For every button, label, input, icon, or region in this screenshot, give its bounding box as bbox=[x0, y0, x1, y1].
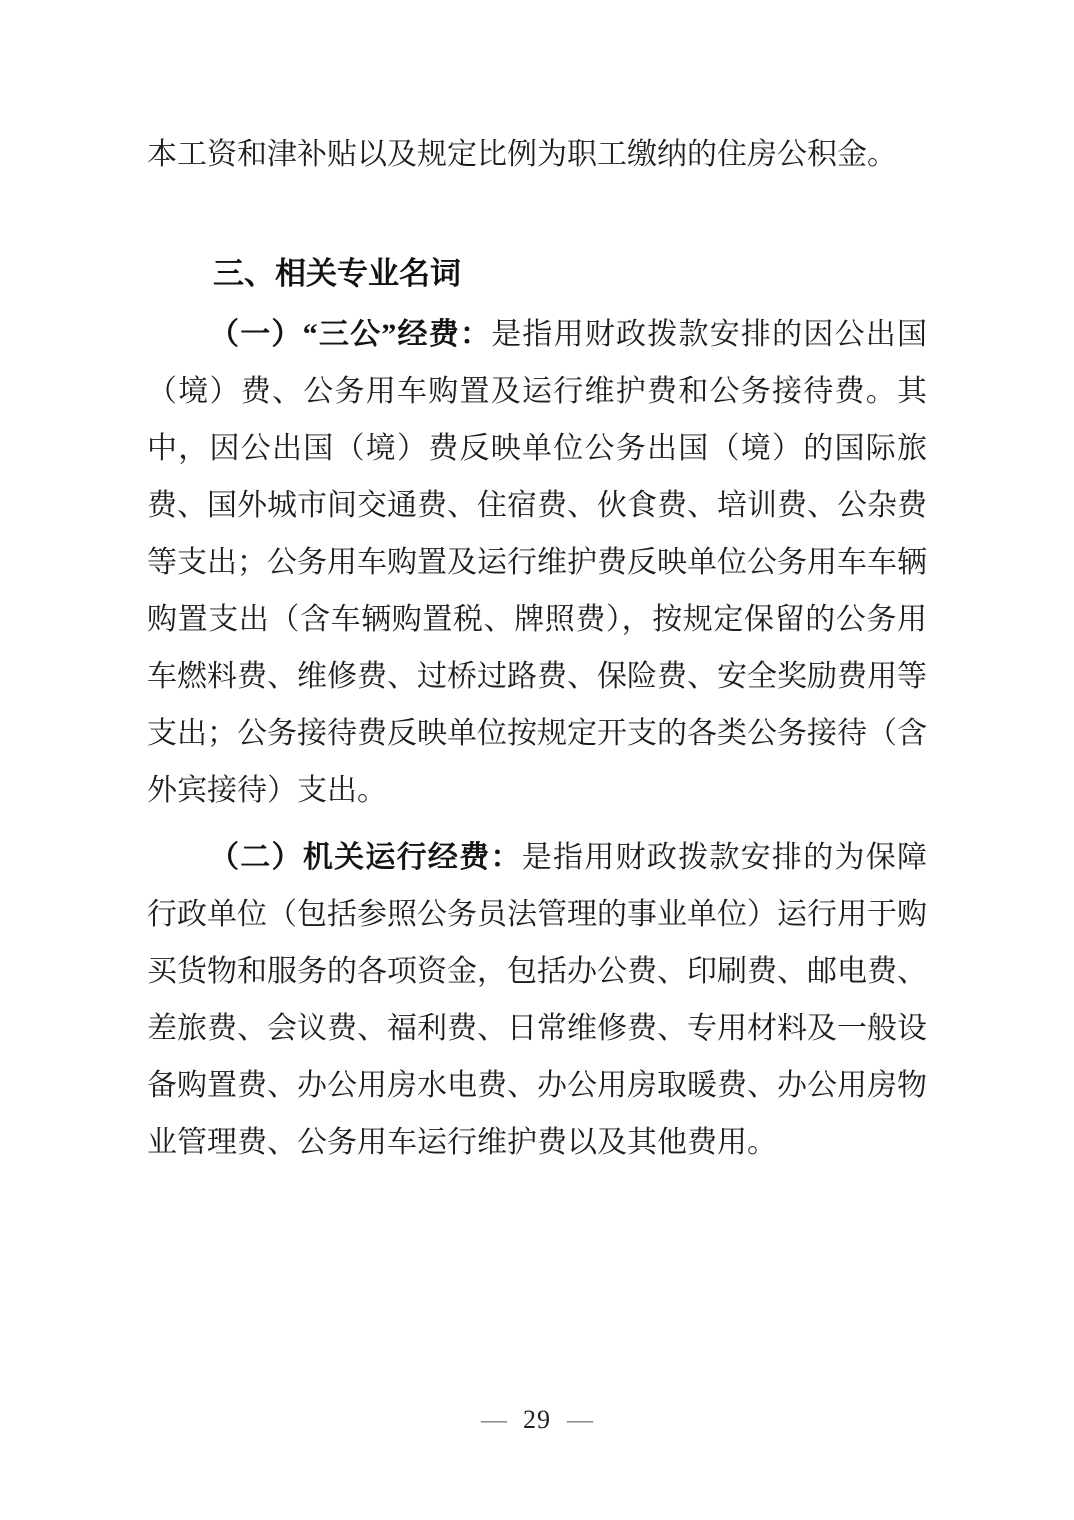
paragraph-body: 是指用财政拨款安排的因公出国（境）费、公务用车购置及运行维护费和公务接待费。其中… bbox=[147, 318, 927, 807]
intro-text-line: 本工资和津补贴以及规定比例为职工缴纳的住房公积金。 bbox=[147, 126, 927, 184]
footer-dash-right: — bbox=[551, 1405, 609, 1434]
section-heading: 三、相关专业名词 bbox=[147, 252, 927, 296]
paragraph-lead: （一）“三公”经费： bbox=[209, 318, 491, 351]
paragraph-lead: （二）机关运行经费： bbox=[209, 841, 522, 874]
paragraph-sangong: （一）“三公”经费：是指用财政拨款安排的因公出国（境）费、公务用车购置及运行维护… bbox=[147, 306, 927, 819]
page-number: 29 bbox=[523, 1405, 551, 1434]
paragraph-body: 是指用财政拨款安排的为保障行政单位（包括参照公务员法管理的事业单位）运行用于购买… bbox=[147, 841, 927, 1159]
page-footer: —29— bbox=[0, 1405, 1074, 1435]
page-content: 本工资和津补贴以及规定比例为职工缴纳的住房公积金。 三、相关专业名词 （一）“三… bbox=[147, 126, 927, 1171]
footer-dash-left: — bbox=[465, 1405, 523, 1434]
paragraph-jiguan: （二）机关运行经费：是指用财政拨款安排的为保障行政单位（包括参照公务员法管理的事… bbox=[147, 829, 927, 1171]
document-page: 本工资和津补贴以及规定比例为职工缴纳的住房公积金。 三、相关专业名词 （一）“三… bbox=[0, 0, 1074, 1520]
